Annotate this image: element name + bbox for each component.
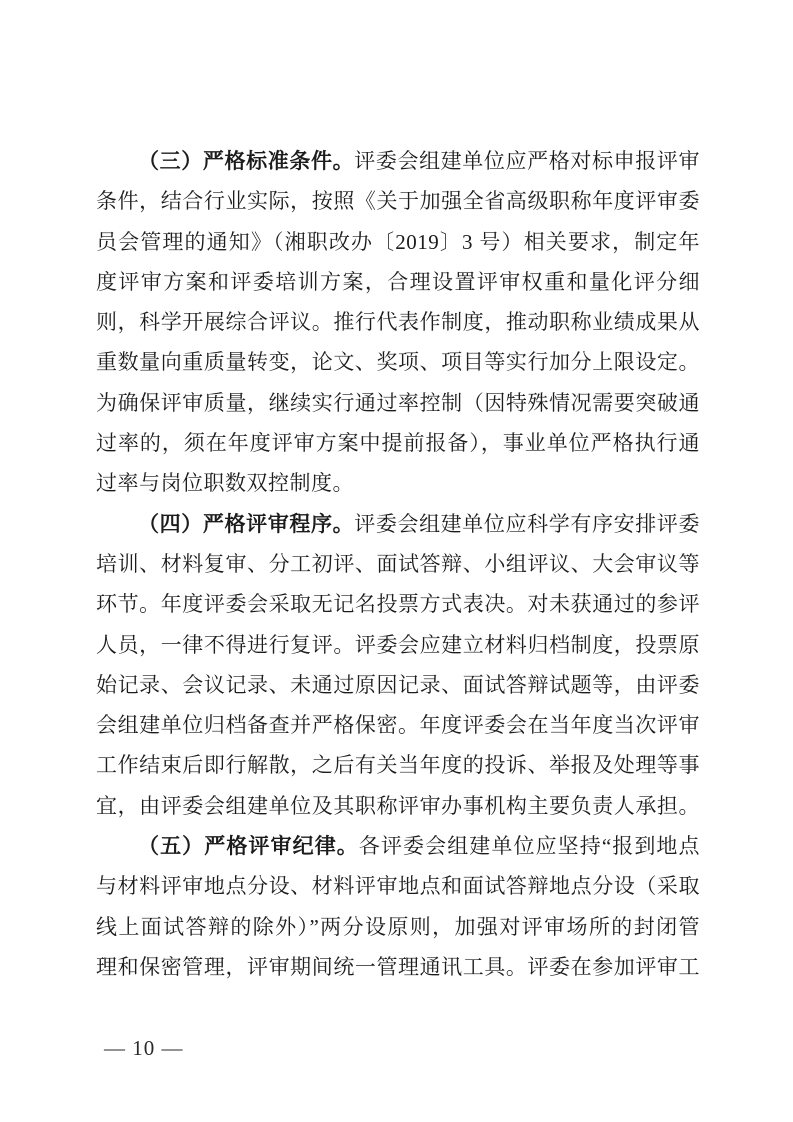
paragraph-line: 为确保评审质量，继续实行通过率控制（因特殊情况需要突破通 (96, 383, 700, 423)
paragraph-line: 重数量向重质量转变，论文、奖项、项目等实行加分上限设定。 (96, 342, 700, 382)
paragraph-line: 条件，结合行业实际，按照《关于加强全省高级职称年度评审委 (96, 181, 700, 221)
paragraph-line: 度评审方案和评委培训方案，合理设置评审权重和量化评分细 (96, 262, 700, 302)
paragraph-line: 与材料评审地点分设、材料评审地点和面试答辩地点分设（采取 (96, 866, 700, 906)
paragraph-3: （三）严格标准条件。评委会组建单位应严格对标申报评审 条件，结合行业实际，按照《… (96, 141, 700, 504)
paragraph-line: 过率的，须在年度评审方案中提前报备），事业单位严格执行通 (96, 423, 700, 463)
paragraph-line: 则，科学开展综合评议。推行代表作制度，推动职称业绩成果从 (96, 302, 700, 342)
paragraph-line: （五）严格评审纪律。各评委会组建单位应坚持“报到地点 (96, 826, 700, 866)
paragraph-line: 培训、材料复审、分工初评、面试答辩、小组评议、大会审议等 (96, 544, 700, 584)
paragraph-line: 理和保密管理，评审期间统一管理通讯工具。评委在参加评审工 (96, 947, 700, 987)
paragraph-text: 评委会组建单位应严格对标申报评审 (354, 149, 700, 173)
paragraph-text: 各评委会组建单位应坚持“报到地点 (359, 834, 700, 858)
paragraph-line: （三）严格标准条件。评委会组建单位应严格对标申报评审 (96, 141, 700, 181)
paragraph-heading: （五）严格评审纪律。 (138, 834, 359, 858)
paragraph-line: 始记录、会议记录、未通过原因记录、面试答辩试题等，由评委 (96, 665, 700, 705)
paragraph-line: 宜，由评委会组建单位及其职称评审办事机构主要负责人承担。 (96, 786, 700, 826)
document-body: （三）严格标准条件。评委会组建单位应严格对标申报评审 条件，结合行业实际，按照《… (96, 141, 700, 987)
paragraph-line: 环节。年度评委会采取无记名投票方式表决。对未获通过的参评 (96, 584, 700, 624)
paragraph-line: 线上面试答辩的除外）”两分设原则，加强对评审场所的封闭管 (96, 907, 700, 947)
paragraph-5: （五）严格评审纪律。各评委会组建单位应坚持“报到地点 与材料评审地点分设、材料评… (96, 826, 700, 987)
page-number: — 10 — (104, 1036, 184, 1060)
paragraph-line: （四）严格评审程序。评委会组建单位应科学有序安排评委 (96, 504, 700, 544)
page-footer: — 10 — (104, 1036, 184, 1061)
paragraph-line: 人员，一律不得进行复评。评委会应建立材料归档制度，投票原 (96, 625, 700, 665)
paragraph-4: （四）严格评审程序。评委会组建单位应科学有序安排评委 培训、材料复审、分工初评、… (96, 504, 700, 826)
paragraph-text: 评委会组建单位应科学有序安排评委 (354, 512, 700, 536)
paragraph-line: 会组建单位归档备查并严格保密。年度评委会在当年度当次评审 (96, 705, 700, 745)
paragraph-heading: （四）严格评审程序。 (138, 512, 354, 536)
paragraph-line: 过率与岗位职数双控制度。 (96, 463, 700, 503)
paragraph-line: 员会管理的通知》（湘职改办〔2019〕3 号）相关要求，制定年 (96, 222, 700, 262)
paragraph-heading: （三）严格标准条件。 (138, 149, 354, 173)
paragraph-line: 工作结束后即行解散，之后有关当年度的投诉、举报及处理等事 (96, 745, 700, 785)
document-page: （三）严格标准条件。评委会组建单位应严格对标申报评审 条件，结合行业实际，按照《… (0, 0, 793, 1122)
